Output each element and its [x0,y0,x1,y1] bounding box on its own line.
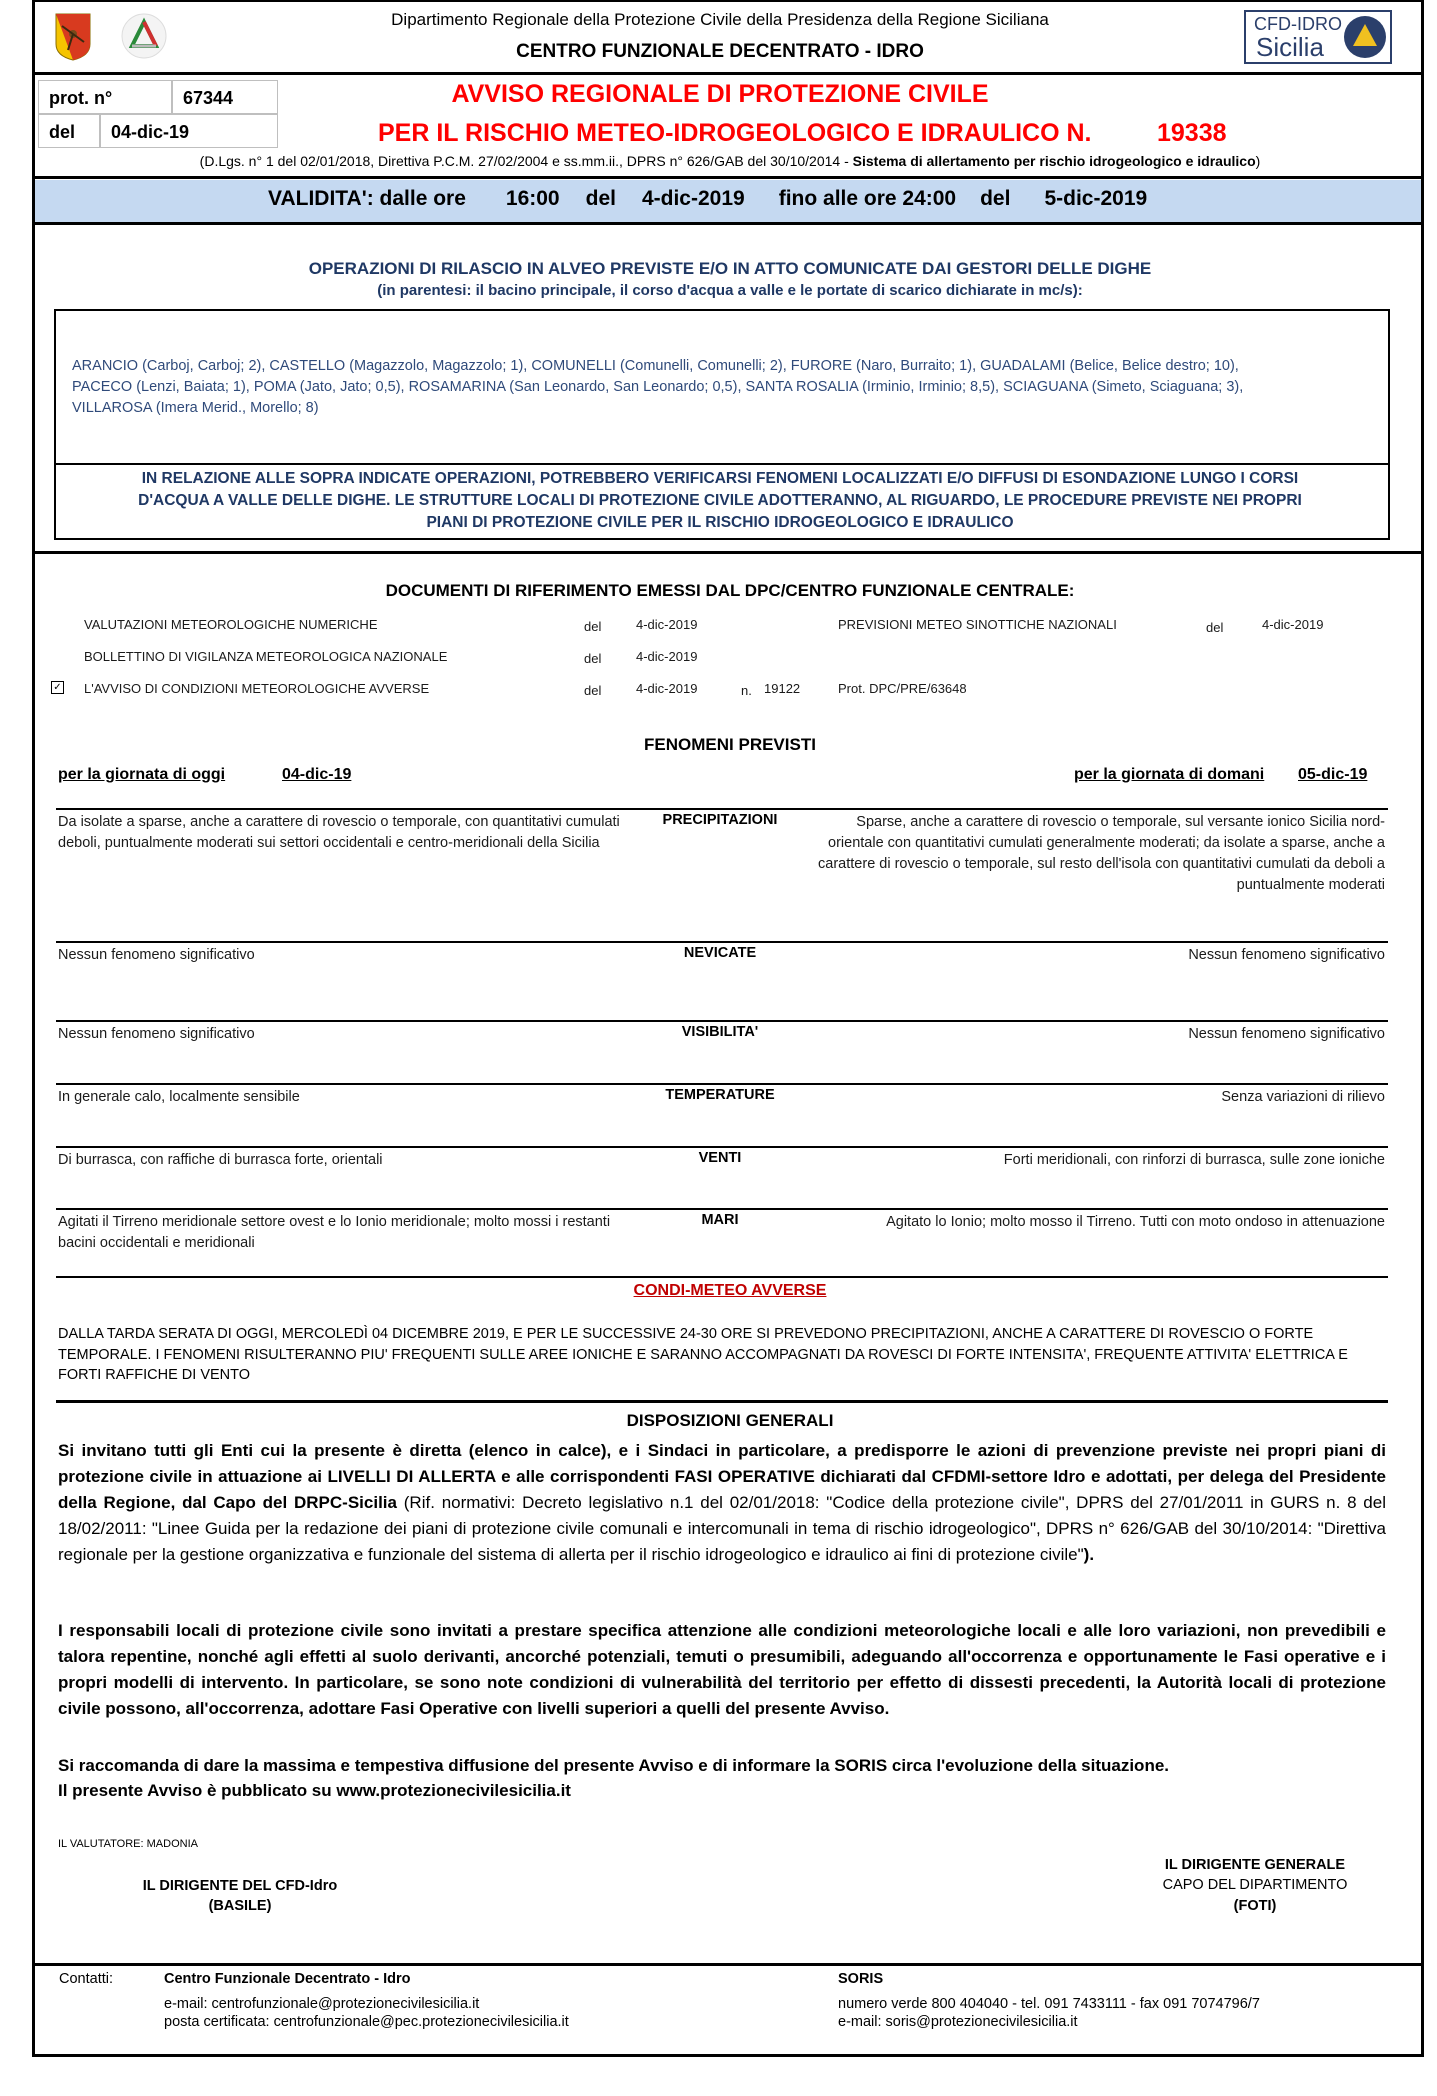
adverse-text: DALLA TARDA SERATA DI OGGI, MERCOLEDÌ 04… [58,1324,1388,1386]
adverse-title: CONDI-METEO AVVERSE [40,1282,1420,1300]
legal-references: (D.Lgs. n° 1 del 02/01/2018, Direttiva P… [40,153,1420,169]
centre-name: CENTRO FUNZIONALE DECENTRATO - IDRO [240,41,1200,63]
forecast-phenomenon: TEMPERATURE [640,1087,800,1103]
department-name: Dipartimento Regionale della Protezione … [240,10,1200,30]
forecast-tomorrow: Agitato lo Ionio; molto mosso il Tirreno… [805,1212,1385,1233]
doc-row-prot: Prot. DPC/PRE/63648 [838,681,967,696]
dams-subtitle: (in parentesi: il bacino principale, il … [40,282,1420,299]
sicily-coat-of-arms-icon [54,12,92,62]
tomorrow-label: per la giornata di domani [1074,766,1264,784]
tomorrow-date: 05-dic-19 [1298,766,1367,784]
forecast-row-divider [56,808,1388,810]
doc-row-label: VALUTAZIONI METEOROLOGICHE NUMERICHE [84,617,378,632]
doc-row-date: 4-dic-2019 [636,617,697,632]
forecast-today: Di burrasca, con raffiche di burrasca fo… [58,1150,648,1171]
legal-note-system: Sistema di allertamento per rischio idro… [853,153,1256,169]
general-paragraph-3a: Si raccomanda di dare la massima e tempe… [58,1756,1169,1776]
prot-number: 67344 [172,80,278,114]
prot-date: 04-dic-19 [100,114,278,148]
doc-row-del: del [584,683,601,698]
cfd-logo-line2: Sicilia [1256,32,1324,63]
legal-note-text: (D.Lgs. n° 1 del 02/01/2018, Direttiva P… [200,153,853,169]
validity-from-time: 16:00 [506,187,560,210]
validity-del-2: del [980,187,1010,210]
dams-list: ARANCIO (Carboj, Carboj; 2), CASTELLO (M… [72,356,1243,419]
forecast-tomorrow: Sparse, anche a carattere di rovescio o … [805,812,1385,896]
forecast-today: In generale calo, localmente sensibile [58,1087,648,1108]
validity-del-1: del [586,187,616,210]
forecast-tomorrow: Nessun fenomeno significativo [805,1024,1385,1045]
forecast-title: FENOMENI PREVISTI [40,735,1420,755]
forecast-phenomenon: VISIBILITA' [640,1024,800,1040]
documents-title: DOCUMENTI DI RIFERIMENTO EMESSI DAL DPC/… [40,581,1420,601]
doc-right-date: 4-dic-2019 [1262,617,1323,632]
top-border [32,0,1424,2]
p1-end: ). [1084,1545,1094,1564]
forecast-today: Agitati il Tirreno meridionale settore o… [58,1212,648,1254]
forecast-phenomenon: MARI [640,1212,800,1228]
adverse-top-line [56,1276,1388,1278]
validity-top-line [32,176,1424,179]
notice-title-line2: PER IL RISCHIO METEO-IDROGEOLOGICO E IDR… [378,119,1091,148]
soris-phones: numero verde 800 404040 - tel. 091 74331… [838,1996,1260,2012]
today-date: 04-dic-19 [282,766,351,784]
doc-row-label: L'AVVISO DI CONDIZIONI METEOROLOGICHE AV… [84,681,429,696]
dirigente-cfd-name: (BASILE) [110,1898,370,1914]
adverse-bottom-line [56,1400,1388,1403]
soris-email[interactable]: e-mail: soris@protezionecivilesicilia.it [838,2014,1078,2030]
doc-row-date: 4-dic-2019 [636,649,697,664]
notice-number: 19338 [1157,119,1227,148]
forecast-today: Nessun fenomeno significativo [58,945,648,966]
doc-row-date: 4-dic-2019 [636,681,697,696]
doc-row-del: del [584,651,601,666]
doc-right-del: del [1206,620,1223,635]
doc-row-label: BOLLETTINO DI VIGILANZA METEOROLOGICA NA… [84,649,447,664]
validity-until: fino alle ore 24:00 [779,187,956,210]
forecast-row-divider [56,1146,1388,1148]
forecast-row-divider [56,1208,1388,1210]
dirigente-generale-name: (FOTI) [1130,1898,1380,1914]
forecast-tomorrow: Forti meridionali, con rinforzi di burra… [805,1150,1385,1171]
cfd-emblem-icon [1344,16,1386,58]
general-paragraph-3b: Il presente Avviso è pubblicato su www.p… [58,1781,571,1801]
notice-title-line1: AVVISO REGIONALE DI PROTEZIONE CIVILE [330,80,1110,109]
legal-note-end: ) [1256,153,1261,169]
dams-warning-line: PIANI DI PROTEZIONE CIVILE PER IL RISCHI… [60,512,1380,534]
dirigente-cfd-title: IL DIRIGENTE DEL CFD-Idro [110,1878,370,1894]
evaluator: IL VALUTATORE: MADONIA [58,1838,198,1850]
prot-label: prot. n° [38,80,172,114]
avviso-checkbox[interactable]: ✓ [51,681,64,694]
validity-to-date: 5-dic-2019 [1044,187,1147,210]
dirigente-generale-subtitle: CAPO DEL DIPARTIMENTO [1130,1877,1380,1893]
general-paragraph-2: I responsabili locali di protezione civi… [58,1618,1386,1722]
validity-from-date: 4-dic-2019 [642,187,745,210]
dams-warning-line: D'ACQUA A VALLE DELLE DIGHE. LE STRUTTUR… [60,490,1380,512]
dams-list-line: ARANCIO (Carboj, Carboj; 2), CASTELLO (M… [72,356,1243,377]
validity-label: VALIDITA': dalle ore [268,187,466,210]
protezione-civile-nazionale-icon [120,10,168,62]
dams-warning: IN RELAZIONE ALLE SOPRA INDICATE OPERAZI… [60,468,1380,534]
dams-list-line: VILLAROSA (Imera Merid., Morello; 8) [72,398,1243,419]
cfd-idro-sicilia-logo: CFD-IDRO Sicilia [1244,10,1392,64]
doc-row-del: del [584,619,601,634]
forecast-phenomenon: PRECIPITAZIONI [640,812,800,828]
forecast-row-divider [56,941,1388,943]
dams-inner-divider [56,463,1388,465]
doc-right-label: PREVISIONI METEO SINOTTICHE NAZIONALI [838,617,1117,632]
header-divider [32,72,1424,75]
general-paragraph-1: Si invitano tutti gli Enti cui la presen… [58,1438,1386,1568]
dams-title: OPERAZIONI DI RILASCIO IN ALVEO PREVISTE… [40,259,1420,279]
forecast-today: Nessun fenomeno significativo [58,1024,648,1045]
forecast-tomorrow: Nessun fenomeno significativo [805,945,1385,966]
general-title: DISPOSIZIONI GENERALI [40,1411,1420,1431]
cfd-pec[interactable]: posta certificata: centrofunzionale@pec.… [164,2014,569,2030]
date-label: del [38,114,100,148]
dams-list-line: PACECO (Lenzi, Baiata; 1), POMA (Jato, J… [72,377,1243,398]
cfd-email[interactable]: e-mail: centrofunzionale@protezionecivil… [164,1996,479,2012]
doc-row-n-value: 19122 [764,681,800,696]
section-divider-dams [32,551,1424,554]
forecast-row-divider [56,1083,1388,1085]
validity-bottom-line [32,222,1424,225]
cfd-contact-title: Centro Funzionale Decentrato - Idro [164,1971,411,1987]
forecast-today: Da isolate a sparse, anche a carattere d… [58,812,648,854]
validity-row: VALIDITA': dalle ore16:00del4-dic-2019fi… [268,187,1147,211]
today-label: per la giornata di oggi [58,766,225,784]
forecast-phenomenon: NEVICATE [640,945,800,961]
forecast-row-divider [56,1020,1388,1022]
contacts-divider [32,1963,1424,1966]
forecast-phenomenon: VENTI [640,1150,800,1166]
forecast-tomorrow: Senza variazioni di rilievo [805,1087,1385,1108]
dirigente-generale-title: IL DIRIGENTE GENERALE [1130,1857,1380,1873]
doc-row-n-label: n. [741,683,752,698]
contacts-label: Contatti: [59,1971,113,1987]
dams-warning-line: IN RELAZIONE ALLE SOPRA INDICATE OPERAZI… [60,468,1380,490]
soris-title: SORIS [838,1971,883,1987]
